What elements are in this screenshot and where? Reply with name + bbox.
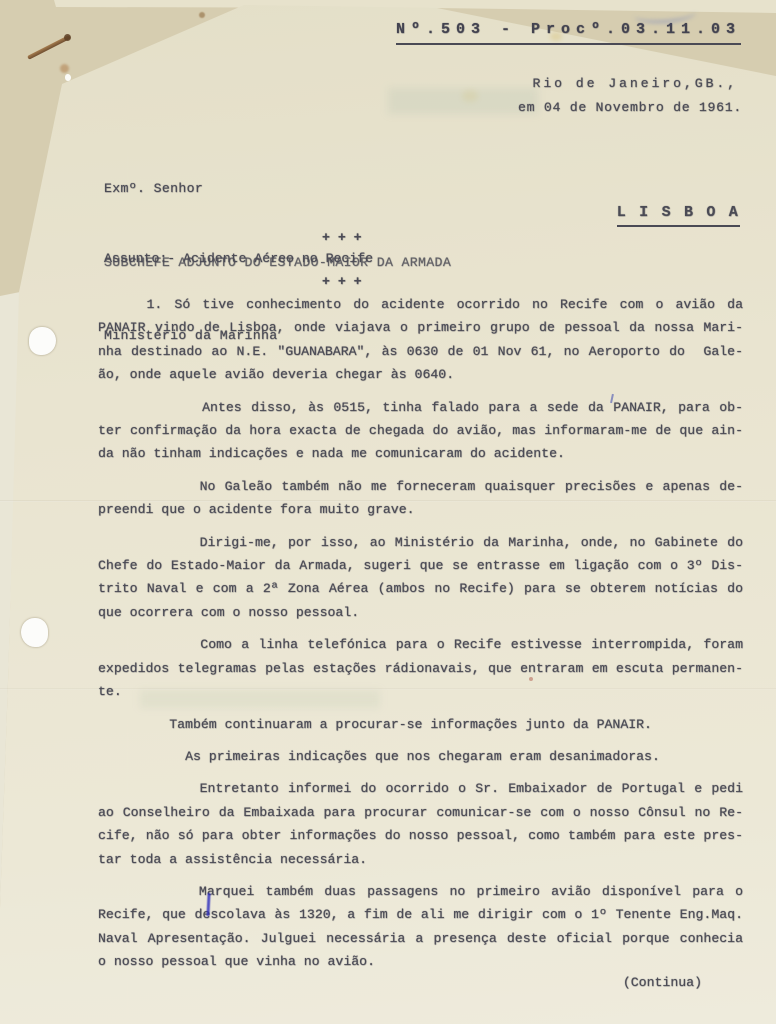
body-line: As primeiras indicações que nos chegaram…	[98, 745, 743, 768]
body-line: trito Naval e com a 2ª Zona Aérea (ambos…	[98, 577, 743, 600]
body-line: tar toda a assistência necessária.	[98, 848, 743, 871]
body-paragraph: Entretanto informei do ocorrido o Sr. Em…	[98, 777, 743, 871]
destination-city: L I S B O A	[617, 201, 740, 227]
date-line: em 04 de Novembro de 1961.	[518, 96, 742, 119]
rust-stain	[60, 64, 69, 73]
body-line: Chefe do Estado-Maior da Armada, sugeri …	[98, 554, 743, 577]
body-line: que ocorrera com o nosso pessoal.	[98, 601, 743, 624]
body-line: Naval Apresentação. Julguei necessária a…	[98, 927, 743, 950]
hole-punch-bottom	[21, 618, 48, 647]
body-line: Marquei também duas passagens no primeir…	[98, 880, 743, 903]
body-line: Antes disso, às 0515, tinha falado para …	[98, 396, 743, 419]
body-line: Recife, que descolava às 1320, a fim de …	[98, 903, 743, 926]
body-paragraph: As primeiras indicações que nos chegaram…	[98, 745, 743, 768]
scanned-letter-page: Nº.503 - Procº.03.11.03 Rio de Janeiro,G…	[0, 0, 776, 1024]
place-line: Rio de Janeiro,GB.,	[533, 72, 738, 95]
body-paragraph: Antes disso, às 0515, tinha falado para …	[98, 396, 743, 466]
body-line: PANAIR vindo de Lisboa, onde viajava o p…	[98, 316, 743, 339]
continuation-note: (Continua)	[623, 971, 702, 994]
body-line: Também continuaram a procurar-se informa…	[98, 713, 743, 736]
body-line: expedidos telegramas pelas estações rádi…	[98, 657, 743, 680]
body-line: ter confirmação da hora exacta de chegad…	[98, 419, 743, 442]
body-line: Entretanto informei do ocorrido o Sr. Em…	[98, 777, 743, 800]
body-paragraph: Como a linha telefónica para o Recife es…	[98, 633, 743, 703]
body-line: ão, onde aquele avião deveria chegar às …	[98, 363, 743, 386]
body-line: Como a linha telefónica para o Recife es…	[98, 633, 743, 656]
addressee-salutation: Exmº. Senhor	[104, 177, 451, 202]
body-line: nha destinado ao N.E. "GUANABARA", às 06…	[98, 340, 743, 363]
pin-hole	[65, 74, 71, 81]
body-paragraph: 1. Só tive conhecimento do acidente ocor…	[98, 293, 743, 387]
body-paragraph: Dirigi-me, por isso, ao Ministério da Ma…	[98, 531, 743, 625]
reference-number: Nº.503 - Procº.03.11.03	[396, 18, 741, 45]
body-line: No Galeão também não me forneceram quais…	[98, 475, 743, 498]
body-paragraph: No Galeão também não me forneceram quais…	[98, 475, 743, 522]
body-paragraph: Também continuaram a procurar-se informa…	[98, 713, 743, 736]
body-line: da não tinham indicações e nada me comun…	[98, 442, 743, 465]
body-line: Dirigi-me, por isso, ao Ministério da Ma…	[98, 531, 743, 554]
separator-top: + + +	[322, 226, 362, 249]
body-line: preendi que o acidente fora muito grave.	[98, 498, 743, 521]
body-line: 1. Só tive conhecimento do acidente ocor…	[98, 293, 743, 316]
letter-body: 1. Só tive conhecimento do acidente ocor…	[98, 293, 743, 974]
body-line: te.	[98, 680, 743, 703]
body-line: ao Conselheiro da Embaixada para procura…	[98, 801, 743, 824]
subject-line: Assunto:- Acidente Aéreo no Recife	[104, 247, 373, 270]
separator-bottom: + + +	[322, 270, 362, 293]
straight-pin-head	[64, 34, 71, 41]
paper-stain	[199, 12, 205, 18]
body-paragraph: Marquei também duas passagens no primeir…	[98, 880, 743, 974]
body-line: cife, não só para obter informações do n…	[98, 824, 743, 847]
